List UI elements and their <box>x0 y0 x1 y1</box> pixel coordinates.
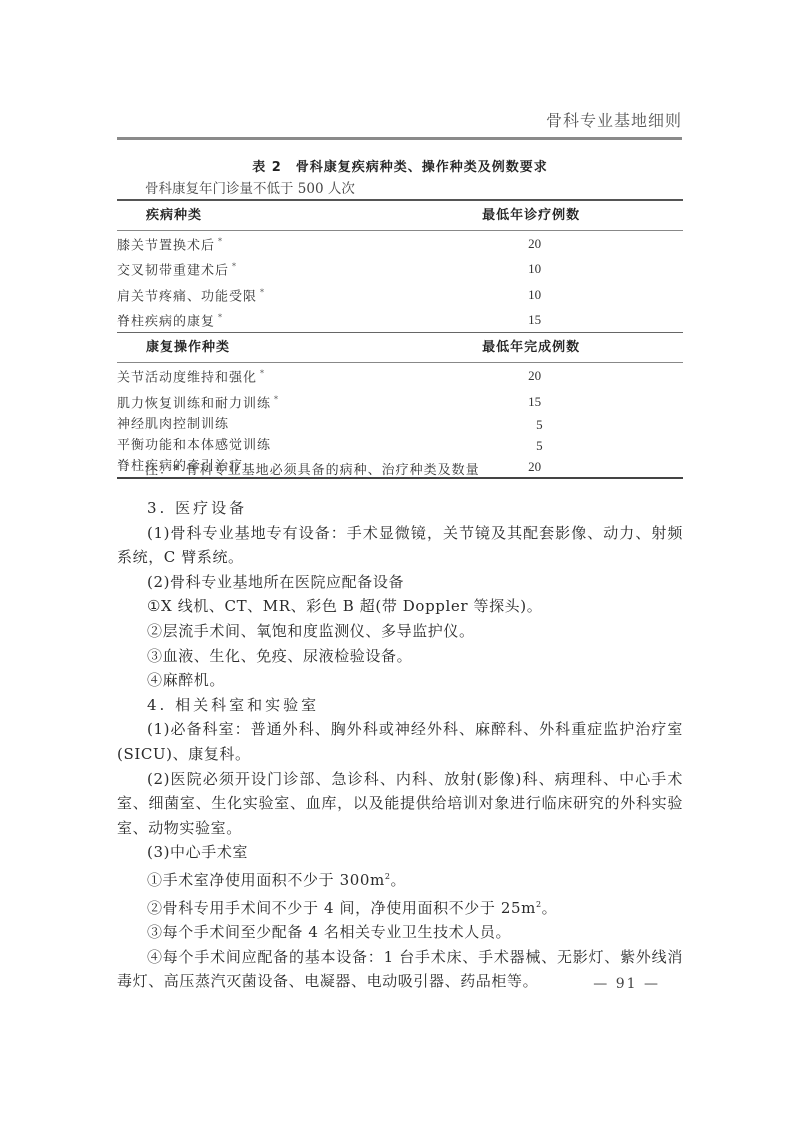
required-mark: * <box>260 369 265 378</box>
paragraph: (2)骨科专业基地所在医院应配备设备 <box>117 570 683 595</box>
table-row: 神经肌肉控制训练 5 <box>117 414 683 435</box>
col-header-operation: 康复操作种类 <box>117 333 352 363</box>
table-row: 平衡功能和本体感觉训练 5 <box>117 435 683 456</box>
required-mark: * <box>218 237 223 246</box>
table-row: 交叉韧带重建术后* 10 <box>117 256 683 281</box>
required-mark: * <box>232 262 237 271</box>
list-item: ①手术室净使用面积不少于 300m2。 <box>117 865 683 893</box>
paragraph: (2)医院必须开设门诊部、急诊科、内科、放射(影像)科、病理科、中心手术室、细菌… <box>117 767 683 841</box>
table-row: 关节活动度维持和强化* 20 <box>117 363 683 389</box>
table-note: 注：* 骨科专业基地必须具备的病种、治疗种类及数量 <box>145 459 480 478</box>
col-header-min-cases: 最低年诊疗例数 <box>352 201 683 231</box>
requirements-table: 疾病种类 最低年诊疗例数 膝关节置换术后* 20 交叉韧带重建术后* 10 肩关… <box>117 199 683 479</box>
col-header-disease: 疾病种类 <box>117 201 352 231</box>
table-header-row: 疾病种类 最低年诊疗例数 <box>117 201 683 231</box>
col-header-min-completed: 最低年完成例数 <box>352 333 683 363</box>
table-row: 肩关节疼痛、功能受限* 10 <box>117 282 683 307</box>
body-text: 3. 医疗设备 (1)骨科专业基地专有设备：手术显微镜，关节镜及其配套影像、动力… <box>117 496 683 994</box>
paragraph: (1)骨科专业基地专有设备：手术显微镜，关节镜及其配套影像、动力、射频系统，C … <box>117 521 683 570</box>
running-title: 骨科专业基地细则 <box>546 108 682 131</box>
table-section-header-row: 康复操作种类 最低年完成例数 <box>117 333 683 363</box>
table-row: 脊柱疾病的康复* 15 <box>117 307 683 333</box>
table-row: 肌力恢复训练和耐力训练* 15 <box>117 389 683 414</box>
list-item: ②骨科专用手术间不少于 4 间，净使用面积不少于 25m2。 <box>117 893 683 921</box>
page-number: — 91 — <box>593 976 660 992</box>
list-item: ④麻醉机。 <box>117 668 683 693</box>
paragraph: (1)必备科室：普通外科、胸外科或神经外科、麻醉科、外科重症监护治疗室(SICU… <box>117 717 683 766</box>
list-item: ③每个手术间至少配备 4 名相关专业卫生技术人员。 <box>117 920 683 945</box>
required-mark: * <box>218 313 223 322</box>
section-heading-equipment: 3. 医疗设备 <box>117 496 683 521</box>
list-item: ③血液、生化、免疫、尿液检验设备。 <box>117 644 683 669</box>
required-mark: * <box>260 288 265 297</box>
list-item: ②层流手术间、氧饱和度监测仪、多导监护仪。 <box>117 619 683 644</box>
list-item: ①X 线机、CT、MR、彩色 B 超(带 Doppler 等探头)。 <box>117 594 683 619</box>
paragraph: (3)中心手术室 <box>117 840 683 865</box>
required-mark: * <box>274 395 279 404</box>
table-caption: 表 2 骨科康复疾病种类、操作种类及例数要求 <box>117 156 683 175</box>
table-subtitle: 骨科康复年门诊量不低于 500 人次 <box>145 177 355 197</box>
section-heading-departments: 4. 相关科室和实验室 <box>117 693 683 718</box>
header-rule <box>117 137 682 140</box>
table-row: 膝关节置换术后* 20 <box>117 231 683 257</box>
